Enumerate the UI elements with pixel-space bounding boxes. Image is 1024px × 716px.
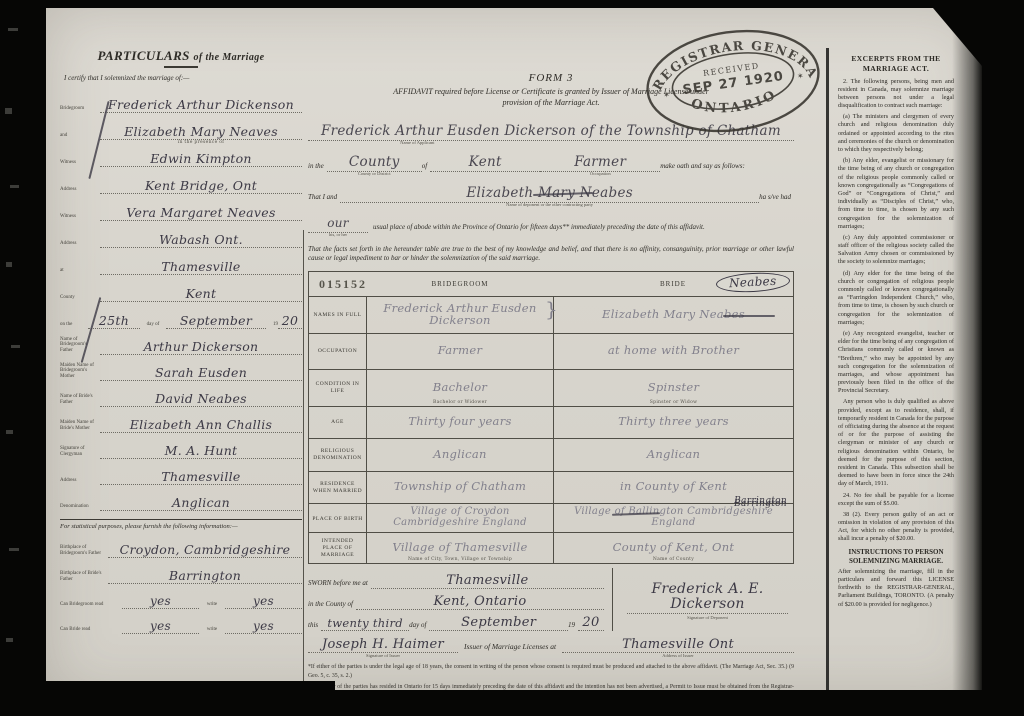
- field-value: Croydon, Cambridgeshire: [108, 544, 302, 559]
- cell-sublabel: Spinster or Widow: [554, 401, 793, 406]
- field-sublabel: County or District: [327, 172, 422, 177]
- field-value: Sarah Eusden: [100, 367, 302, 382]
- field-label: Name of Bridegroom's Father: [60, 337, 100, 356]
- title-rule: [164, 66, 198, 68]
- field-bride-father-birthplace: Birthplace of Bride's Father Barrington: [60, 558, 302, 584]
- groom-birthplace: Village of Croydon Cambridgeshire Englan…: [367, 504, 553, 534]
- field-groom-read-write: Can Bridegroom read yes write yes: [60, 584, 302, 609]
- field-label: Birthplace of Bride's Father: [60, 571, 108, 584]
- stamp-star-right: ✶: [796, 71, 804, 81]
- field-address-2: Address Wabash Ont.: [60, 221, 302, 248]
- registrar-general-stamp: REGISTRAR GENERAL ONTARIO RECEIVED SEP 2…: [636, 16, 831, 146]
- field-label: Witness: [60, 214, 100, 222]
- field-value: yes: [225, 595, 302, 609]
- county-word: County County or District: [327, 154, 422, 172]
- field-sublabel: Name of deponent or the other contractin…: [340, 203, 759, 208]
- instructions-body: After solemnizing the marriage, fill in …: [838, 568, 954, 609]
- field-label: Address: [60, 187, 100, 195]
- field-sublabel: in the presence of: [100, 141, 302, 146]
- field-clergyman-signature: Signature of Clergyman M. A. Hunt: [60, 433, 302, 459]
- printed-text: That I and: [308, 193, 340, 203]
- printed-text: 19: [568, 621, 578, 631]
- film-speck: [5, 108, 12, 114]
- sworn-place-line: SWORN before me at Thamesville: [308, 568, 604, 589]
- film-speck: [6, 638, 13, 642]
- field-bride-mother: Maiden Name of Bride's Mother Elizabeth …: [60, 407, 302, 433]
- field-label: write: [199, 602, 225, 610]
- excerpt-paragraph: (c) Any duly appointed commissioner or s…: [838, 234, 954, 267]
- issuer-line: Joseph H. Haimer Signature of Issuer Iss…: [308, 637, 794, 653]
- field-value: Kent: [100, 288, 302, 303]
- groom-religion: Anglican: [367, 439, 553, 471]
- printed-text: in the: [308, 162, 327, 172]
- film-speck: [6, 430, 13, 434]
- bride-condition: Spinster Spinster or Widow: [553, 370, 793, 406]
- field-label: Can Bride read: [60, 627, 122, 635]
- sworn-county-line: in the County of Kent, Ontario: [308, 589, 604, 610]
- particulars-title-main: PARTICULARS: [98, 48, 190, 63]
- field-label: Denomination: [60, 504, 100, 512]
- field-groom-father: Name of Bridegroom's Father Arthur Dicke…: [60, 329, 302, 355]
- field-groom-mother: Maiden Name of Bridegroom's Mother Sarah…: [60, 355, 302, 381]
- issuer-address: Thamesville Ont Address of Issuer: [562, 637, 794, 653]
- field-label: at: [60, 268, 100, 276]
- field-label: on the: [60, 322, 88, 330]
- sworn-place: Thamesville: [371, 574, 604, 589]
- field-value: yes: [225, 620, 302, 634]
- stamp-star-left: ✶: [663, 90, 671, 100]
- field-county: County Kent: [60, 275, 302, 302]
- issuer-signature: Joseph H. Haimer Signature of Issuer: [308, 637, 458, 653]
- field-value: Elizabeth Mary Neavesin the presence of: [100, 126, 302, 141]
- groom-condition: Bachelor Bachelor or Widower: [367, 370, 553, 406]
- particulars-title: PARTICULARS of the Marriage: [60, 48, 302, 64]
- field-witness-2: Witness Vera Margaret Neaves: [60, 194, 302, 221]
- document-page: PARTICULARS of the Marriage I certify th…: [46, 8, 982, 700]
- field-label: write: [199, 627, 225, 635]
- groom-names: Frederick Arthur Eusden Dickerson: [367, 297, 553, 333]
- field-denomination: Denomination Anglican: [60, 485, 302, 511]
- printed-text: in the County of: [308, 600, 356, 610]
- field-sublabel: Name of Applicant: [308, 141, 527, 146]
- field-value: Barrington: [108, 570, 302, 585]
- county-occupation-line: in the County County or District of Kent…: [308, 154, 794, 172]
- deponent-signature: Frederick A. E. Dickerson: [627, 582, 788, 615]
- field-label: Can Bridegroom read: [60, 602, 122, 610]
- table-row-residence: Residence when Married Township of Chath…: [309, 472, 793, 504]
- cell-sublabel: Bachelor or Widower: [367, 401, 553, 406]
- field-label: Name of Bride's Father: [60, 394, 100, 407]
- excerpts-section: EXCERPTS FROM THE MARRIAGE ACT. 2. The f…: [838, 54, 954, 609]
- groom-age: Thirty four years: [367, 407, 553, 438]
- excerpt-paragraph: (e) Any recognized evangelist, teacher o…: [838, 330, 954, 396]
- occupation-value: Farmer Occupation: [540, 154, 660, 172]
- county-name: Kent: [430, 154, 540, 172]
- field-label: Address: [60, 478, 100, 486]
- field-label: County: [60, 295, 100, 303]
- table-row-age: Age Thirty four years Thirty three years: [309, 407, 793, 439]
- field-value: Anglican: [100, 497, 302, 512]
- sworn-section: SWORN before me at Thamesville in the Co…: [308, 568, 794, 631]
- bride-age: Thirty three years: [553, 407, 793, 438]
- field-value: Elizabeth Ann Challis: [100, 419, 302, 434]
- statistical-heading: For statistical purposes, please furnish…: [60, 523, 302, 530]
- affidavit-paragraph: That the facts set forth in the hereunde…: [308, 245, 794, 264]
- field-value: yes: [122, 595, 199, 609]
- field-clergyman-address: Address Thamesville: [60, 459, 302, 485]
- field-label: Signature of Clergyman: [60, 446, 100, 459]
- field-sublabel: Occupation: [540, 172, 660, 177]
- stamp-graphic: REGISTRAR GENERAL ONTARIO RECEIVED SEP 2…: [636, 16, 831, 146]
- field-value: Kent Bridge, Ont: [100, 180, 302, 195]
- field-sublabel: his, or her: [308, 233, 368, 238]
- section-rule: [60, 519, 302, 520]
- field-label: Address: [60, 241, 100, 249]
- affidavit-section: FORM 3 AFFIDAVIT required before License…: [308, 72, 794, 700]
- film-speck: [11, 345, 20, 348]
- date-month: September: [166, 315, 266, 330]
- particulars-title-rest: of the Marriage: [193, 52, 264, 63]
- film-edge: [0, 690, 1024, 716]
- field-place: at Thamesville: [60, 248, 302, 275]
- field-address-1: Address Kent Bridge, Ont: [60, 167, 302, 194]
- bride-religion: Anglican: [553, 439, 793, 471]
- excerpt-paragraph: (a) The ministers and clergymen of every…: [838, 113, 954, 154]
- other-party-line: That I and Elizabeth Mary Neabes Name of…: [308, 185, 794, 203]
- printed-text: make oath and say as follows:: [660, 162, 748, 172]
- field-value: M. A. Hunt: [100, 445, 302, 460]
- groom-occupation: Farmer: [367, 334, 553, 369]
- printed-text: Issuer of Marriage Licenses at: [458, 642, 562, 653]
- sworn-left: SWORN before me at Thamesville in the Co…: [308, 568, 613, 631]
- printed-text: this: [308, 621, 321, 631]
- field-label: Maiden Name of Bridegroom's Mother: [60, 363, 100, 382]
- field-label: Bridegroom: [60, 106, 100, 114]
- field-bridegroom: Bridegroom Frederick Arthur Dickenson: [60, 86, 302, 113]
- excerpt-paragraph: 2. The following persons, being men and …: [838, 78, 954, 111]
- field-value: Edwin Kimpton: [100, 153, 302, 168]
- excerpt-paragraph: (b) Any elder, evangelist or missionary …: [838, 157, 954, 231]
- column-divider: [303, 230, 304, 686]
- printed-text: of: [422, 162, 430, 172]
- film-speck: [8, 28, 18, 31]
- field-value: Arthur Dickerson: [100, 341, 302, 356]
- table-row-intended-place: Intended Place of Marriage Village of Th…: [309, 533, 793, 563]
- field-value: Thamesville: [100, 471, 302, 486]
- sworn-county: Kent, Ontario: [356, 595, 604, 610]
- bride-names: } Elizabeth Mary Neabes: [553, 297, 793, 333]
- signature-caption: Signature of Issuer: [308, 654, 458, 659]
- pen-annotation: Barrington: [734, 497, 787, 506]
- excerpt-paragraph: 38 (2). Every person guilty of an act or…: [838, 511, 954, 544]
- film-speck: [6, 262, 12, 267]
- field-label: day of: [140, 322, 166, 330]
- printed-text: SWORN before me at: [308, 579, 371, 589]
- excerpts-title: EXCERPTS FROM THE MARRIAGE ACT.: [838, 54, 954, 74]
- footnote-consent: *If either of the parties is under the l…: [308, 663, 794, 679]
- film-speck: [9, 548, 19, 551]
- instructions-title: INSTRUCTIONS TO PERSON SOLEMNIZING MARRI…: [838, 548, 954, 566]
- table-row-birthplace: Place of Birth Village of Croydon Cambri…: [309, 504, 793, 533]
- other-party-name: Elizabeth Mary Neabes Name of deponent o…: [340, 185, 759, 203]
- sworn-month: September: [429, 616, 568, 631]
- printed-text: usual place of abode within the Province…: [368, 223, 794, 233]
- field-label: Birthplace of Bridegroom's Father: [60, 545, 108, 558]
- particulars-section: PARTICULARS of the Marriage I certify th…: [60, 48, 302, 634]
- abode-line: our his, or her usual place of abode wit…: [308, 215, 794, 233]
- certify-line: I certify that I solemnized the marriage…: [64, 74, 302, 82]
- sworn-year: 20: [578, 616, 604, 631]
- excerpt-paragraph: (d) Any elder for the time being of the …: [838, 270, 954, 327]
- bride-birthplace: Village of Ballington Cambridgeshire Eng…: [553, 504, 793, 534]
- excerpt-paragraph: Any person who is duly qualified as abov…: [838, 398, 954, 488]
- excerpt-paragraph: 24. No fee shall be payable for a licens…: [838, 492, 954, 508]
- bride-occupation: at home with Brother: [553, 334, 793, 369]
- field-groom-father-birthplace: Birthplace of Bridegroom's Father Croydo…: [60, 532, 302, 558]
- page-fold-line: [826, 48, 829, 700]
- sworn-date-line: this twenty third day of September 19 20: [308, 610, 604, 631]
- serial-number: 015152: [319, 277, 367, 292]
- marriage-table: 015152 BRIDEGROOM BRIDE Neabes Names in …: [308, 271, 794, 564]
- table-row-religion: Religious Denomination Anglican Anglican: [309, 439, 793, 472]
- field-bride-father: Name of Bride's Father David Neabes: [60, 381, 302, 407]
- field-label: 19: [266, 322, 278, 330]
- date-year: 20: [278, 315, 302, 330]
- field-value: Frederick Arthur Dickenson: [100, 99, 302, 114]
- page-edge-shadow: [952, 8, 982, 700]
- field-label: and: [60, 133, 100, 141]
- cell-sublabel: Name of City, Town, Village or Township: [367, 558, 553, 563]
- column-header-bridegroom: BRIDEGROOM: [367, 272, 553, 296]
- table-row-occupation: Occupation Farmer at home with Brother: [309, 334, 793, 370]
- field-value: Thamesville: [100, 261, 302, 276]
- field-bride-read-write: Can Bride read yes write yes: [60, 609, 302, 634]
- field-value: Wabash Ont.: [100, 234, 302, 249]
- sworn-day: twenty third: [321, 618, 409, 632]
- field-value: Vera Margaret Neaves: [100, 207, 302, 222]
- table-header: 015152 BRIDEGROOM BRIDE Neabes: [309, 272, 793, 297]
- intended-place-township: Village of Thamesville Name of City, Tow…: [367, 533, 553, 563]
- groom-residence: Township of Chatham: [367, 472, 553, 503]
- table-row-condition: Condition in Life Bachelor Bachelor or W…: [309, 370, 793, 407]
- abode-pronoun: our his, or her: [308, 215, 368, 233]
- field-value: David Neabes: [100, 393, 302, 408]
- brace-mark: }: [545, 299, 558, 320]
- deponent-signature-block: Frederick A. E. Dickerson Signature of D…: [613, 568, 794, 631]
- printed-text: ha s/ve had: [759, 193, 794, 203]
- cell-sublabel: Name of County: [554, 558, 793, 563]
- field-value: yes: [122, 620, 199, 634]
- field-label: Maiden Name of Bride's Mother: [60, 420, 100, 433]
- printed-text: day of: [409, 621, 429, 631]
- intended-place-county: County of Kent, Ont Name of County: [553, 533, 793, 563]
- signature-caption: Address of Issuer: [562, 654, 794, 659]
- field-bride: and Elizabeth Mary Neavesin the presence…: [60, 113, 302, 140]
- signature-caption: Signature of Deponent: [627, 615, 788, 620]
- table-row-names: Names in full Frederick Arthur Eusden Di…: [309, 297, 793, 334]
- film-speck: [10, 185, 19, 188]
